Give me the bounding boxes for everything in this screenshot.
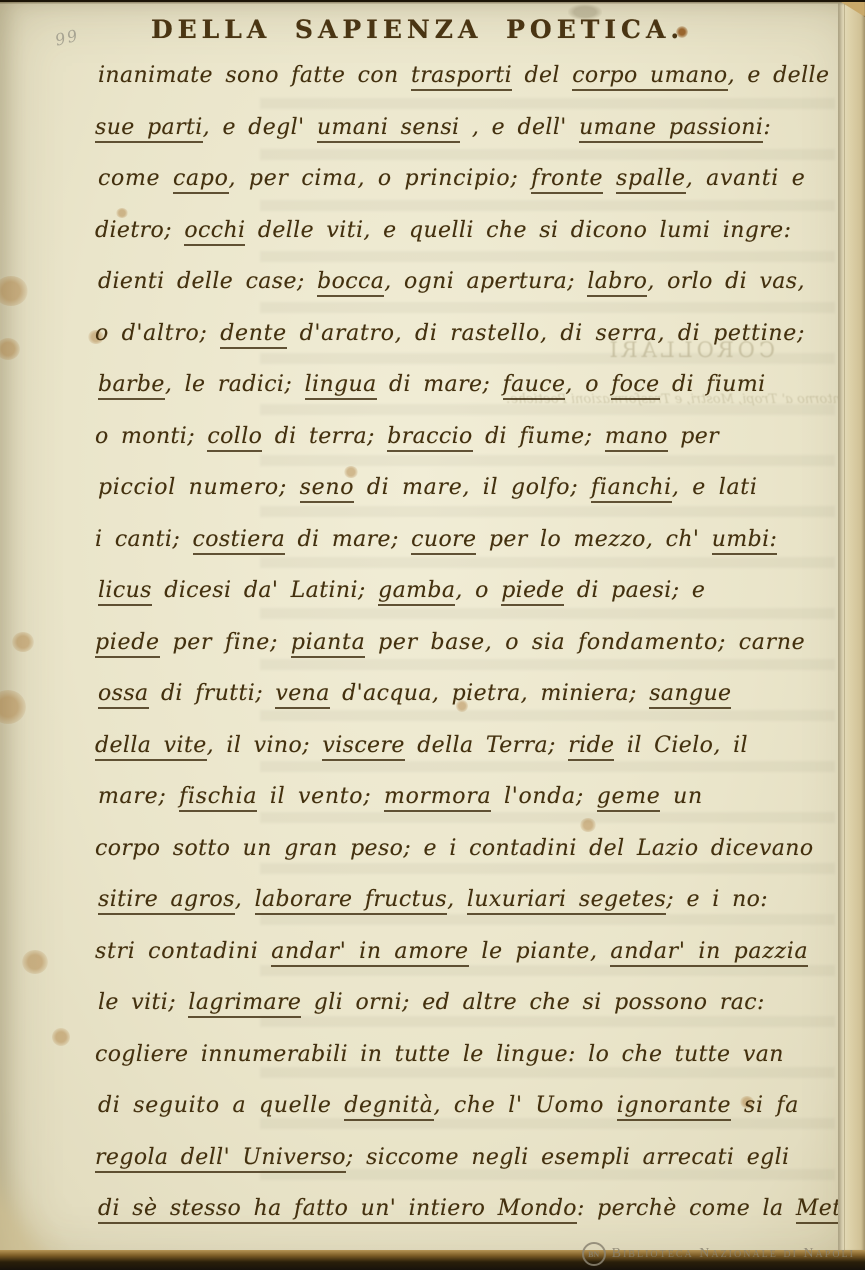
underlined-phrase: geme bbox=[597, 784, 661, 812]
underlined-phrase: piede bbox=[95, 630, 160, 658]
text-segment: per lo mezzo, ch' bbox=[476, 527, 711, 552]
underlined-phrase: umbi: bbox=[712, 527, 778, 555]
text-segment: , per cima, o principio; bbox=[229, 166, 532, 191]
text-segment: le viti; bbox=[98, 990, 188, 1015]
text-segment: di seguito a quelle bbox=[98, 1093, 344, 1118]
underlined-phrase: andar' in amore bbox=[271, 939, 469, 967]
text-segment: , bbox=[235, 887, 255, 912]
underlined-phrase: luxuriari segetes bbox=[467, 887, 666, 915]
text-segment: , o bbox=[455, 578, 501, 603]
manuscript-line: dienti delle case; bocca, ogni apertura;… bbox=[98, 256, 833, 308]
text-segment: , avanti e bbox=[686, 166, 806, 191]
underlined-phrase: andar' in pazzia bbox=[610, 939, 808, 967]
underlined-phrase: occhi bbox=[184, 218, 245, 246]
text-segment: i canti; bbox=[95, 527, 193, 552]
underlined-phrase: ride bbox=[568, 733, 614, 761]
text-segment: , bbox=[447, 887, 467, 912]
text-segment: del bbox=[512, 63, 572, 88]
underlined-phrase: laborare fructus bbox=[255, 887, 448, 915]
text-segment: di mare; bbox=[285, 527, 411, 552]
text-segment: , o bbox=[565, 372, 611, 397]
text-segment: , il vino; bbox=[207, 733, 323, 758]
text-segment: stri contadini bbox=[95, 939, 271, 964]
text-segment: dienti delle case; bbox=[98, 269, 317, 294]
text-segment: : perchè come la bbox=[577, 1196, 796, 1221]
manuscript-page-scan: COROLLARI intorno a' Tropi, Mostri, e Tr… bbox=[0, 0, 865, 1270]
underlined-phrase: seno bbox=[300, 475, 355, 503]
manuscript-line: mare; fischia il vento; mormora l'onda; … bbox=[98, 771, 833, 823]
underlined-phrase: labro bbox=[587, 269, 647, 297]
manuscript-line: o monti; collo di terra; braccio di fium… bbox=[95, 411, 833, 463]
manuscript-line: regola dell' Universo; siccome negli ese… bbox=[95, 1132, 833, 1184]
text-segment: un bbox=[660, 784, 702, 809]
underlined-phrase: sitire agros bbox=[98, 887, 235, 915]
underlined-phrase: collo bbox=[207, 424, 262, 452]
text-segment: di fiume; bbox=[473, 424, 605, 449]
underlined-phrase: fianchi bbox=[591, 475, 672, 503]
text-segment: per base, o sia fondamento; carne bbox=[365, 630, 805, 655]
underlined-phrase: spalle bbox=[616, 166, 686, 194]
page-title: DELLA SAPIENZA POETICA. bbox=[0, 15, 835, 44]
text-segment: di mare; bbox=[377, 372, 503, 397]
text-segment: , che l' Uomo bbox=[434, 1093, 617, 1118]
underlined-phrase: di sè stesso ha fatto un' intiero Mondo bbox=[98, 1196, 577, 1224]
underlined-phrase: costiera bbox=[193, 527, 286, 555]
manuscript-line: le viti; lagrimare gli orni; ed altre ch… bbox=[98, 977, 833, 1029]
manuscript-line: licus dicesi da' Latini; gamba, o piede … bbox=[98, 565, 833, 617]
underlined-phrase: fauce bbox=[503, 372, 566, 400]
manuscript-line: piede per fine; pianta per base, o sia f… bbox=[95, 617, 833, 669]
underlined-phrase: viscere bbox=[322, 733, 404, 761]
text-segment: si fa bbox=[731, 1093, 799, 1118]
text-segment: , orlo di vas, bbox=[647, 269, 805, 294]
foxing-stain bbox=[12, 632, 34, 652]
text-segment bbox=[603, 166, 616, 191]
page-corner-fold bbox=[0, 1114, 74, 1254]
underlined-phrase: mormora bbox=[384, 784, 491, 812]
text-segment: picciol numero; bbox=[98, 475, 300, 500]
text-segment: cogliere innumerabili in tutte le lingue… bbox=[95, 1042, 784, 1067]
text-segment: mare; bbox=[98, 784, 179, 809]
manuscript-line: picciol numero; seno di mare, il golfo; … bbox=[98, 462, 833, 514]
manuscript-line: sitire agros, laborare fructus, luxuriar… bbox=[98, 874, 833, 926]
underlined-phrase: mano bbox=[605, 424, 668, 452]
manuscript-line: ossa di frutti; vena d'acqua, pietra, mi… bbox=[98, 668, 833, 720]
text-segment: inanimate sono fatte con bbox=[98, 63, 411, 88]
manuscript-line: di sè stesso ha fatto un' intiero Mondo:… bbox=[98, 1183, 833, 1235]
text-segment: , le radici; bbox=[165, 372, 305, 397]
underlined-phrase: sue parti bbox=[95, 115, 203, 143]
foxing-stain bbox=[0, 690, 26, 724]
underlined-phrase: fischia bbox=[179, 784, 257, 812]
text-segment: ; e i no: bbox=[666, 887, 768, 912]
foxing-stain bbox=[0, 338, 20, 360]
text-segment: ; siccome negli esempli arrecati egli bbox=[346, 1145, 790, 1170]
underlined-phrase: trasporti bbox=[411, 63, 512, 91]
text-segment: di mare, il golfo; bbox=[354, 475, 591, 500]
text-segment: corpo sotto un gran peso; e i contadini … bbox=[95, 836, 814, 861]
manuscript-line: stri contadini andar' in amore le piante… bbox=[95, 926, 833, 978]
foxing-stain bbox=[22, 950, 48, 974]
text-segment: d'aratro, di rastello, di serra, di pett… bbox=[287, 321, 805, 346]
underlined-phrase: dente bbox=[220, 321, 287, 349]
underlined-phrase: sangue bbox=[649, 681, 731, 709]
manuscript-text-block: inanimate sono fatte con trasporti del c… bbox=[95, 50, 833, 1235]
text-segment: le piante, bbox=[469, 939, 611, 964]
underlined-phrase: braccio bbox=[387, 424, 472, 452]
text-segment: il vento; bbox=[257, 784, 384, 809]
library-watermark-label: Biblioteca Nazionale di Napoli bbox=[612, 1246, 855, 1262]
underlined-phrase: fronte bbox=[531, 166, 603, 194]
text-segment: d'acqua, pietra, miniera; bbox=[330, 681, 649, 706]
underlined-phrase: licus bbox=[98, 578, 152, 606]
foxing-stain bbox=[52, 1028, 70, 1046]
underlined-phrase: regola dell' Universo bbox=[95, 1145, 346, 1173]
text-segment: o d'altro; bbox=[95, 321, 220, 346]
manuscript-line: della vite, il vino; viscere della Terra… bbox=[95, 720, 833, 772]
underlined-phrase: della vite bbox=[95, 733, 207, 761]
text-segment: dietro; bbox=[95, 218, 184, 243]
text-segment: il Cielo, il bbox=[614, 733, 748, 758]
text-segment: come bbox=[98, 166, 173, 191]
underlined-phrase: lagrimare bbox=[188, 990, 301, 1018]
underlined-phrase: cuore bbox=[411, 527, 476, 555]
underlined-phrase: bocca bbox=[317, 269, 384, 297]
underlined-phrase: vena bbox=[275, 681, 329, 709]
text-segment: l'onda; bbox=[491, 784, 596, 809]
underlined-phrase: umane passioni bbox=[579, 115, 763, 143]
text-segment: per fine; bbox=[160, 630, 291, 655]
text-segment: , ogni apertura; bbox=[384, 269, 587, 294]
text-segment: , e delle bbox=[728, 63, 830, 88]
text-segment: , e degl' bbox=[203, 115, 317, 140]
foxing-stain bbox=[0, 276, 28, 306]
underlined-phrase: lingua bbox=[305, 372, 377, 400]
manuscript-line: come capo, per cima, o principio; fronte… bbox=[98, 153, 833, 205]
underlined-phrase: pianta bbox=[291, 630, 366, 658]
manuscript-line: inanimate sono fatte con trasporti del c… bbox=[98, 50, 833, 102]
manuscript-line: o d'altro; dente d'aratro, di rastello, … bbox=[95, 308, 833, 360]
text-segment: di frutti; bbox=[149, 681, 276, 706]
manuscript-line: i canti; costiera di mare; cuore per lo … bbox=[95, 514, 833, 566]
text-segment: , e lati bbox=[672, 475, 758, 500]
text-segment: : bbox=[763, 115, 771, 140]
text-segment: di paesi; e bbox=[564, 578, 705, 603]
text-segment: o monti; bbox=[95, 424, 207, 449]
manuscript-line: di seguito a quelle degnità, che l' Uomo… bbox=[98, 1080, 833, 1132]
library-watermark: BN Biblioteca Nazionale di Napoli bbox=[582, 1242, 855, 1266]
text-segment: , e dell' bbox=[460, 115, 580, 140]
underlined-phrase: piede bbox=[501, 578, 564, 606]
underlined-phrase: degnità bbox=[344, 1093, 433, 1121]
manuscript-line: cogliere innumerabili in tutte le lingue… bbox=[95, 1029, 833, 1081]
underlined-phrase: gamba bbox=[378, 578, 455, 606]
underlined-phrase: capo bbox=[173, 166, 229, 194]
underlined-phrase: umani sensi bbox=[317, 115, 460, 143]
manuscript-line: dietro; occhi delle viti, e quelli che s… bbox=[95, 205, 833, 257]
manuscript-line: sue parti, e degl' umani sensi , e dell'… bbox=[95, 102, 833, 154]
library-emblem-icon: BN bbox=[582, 1242, 606, 1266]
book-page-edge bbox=[838, 3, 865, 1252]
manuscript-line: barbe, le radici; lingua di mare; fauce,… bbox=[98, 359, 833, 411]
text-segment: gli orni; ed altre che si possono rac: bbox=[301, 990, 764, 1015]
underlined-phrase: corpo umano bbox=[572, 63, 727, 91]
text-segment: di fiumi bbox=[660, 372, 766, 397]
text-segment: di terra; bbox=[262, 424, 387, 449]
underlined-phrase: foce bbox=[611, 372, 659, 400]
text-segment: dicesi da' Latini; bbox=[152, 578, 378, 603]
text-segment: delle viti, e quelli che si dicono lumi … bbox=[245, 218, 791, 243]
underlined-phrase: ossa bbox=[98, 681, 149, 709]
manuscript-line: corpo sotto un gran peso; e i contadini … bbox=[95, 823, 833, 875]
underlined-phrase: barbe bbox=[98, 372, 165, 400]
page-top-edge bbox=[0, 0, 865, 4]
text-segment: della Terra; bbox=[405, 733, 568, 758]
underlined-phrase: ignorante bbox=[617, 1093, 732, 1121]
text-segment: per bbox=[668, 424, 719, 449]
